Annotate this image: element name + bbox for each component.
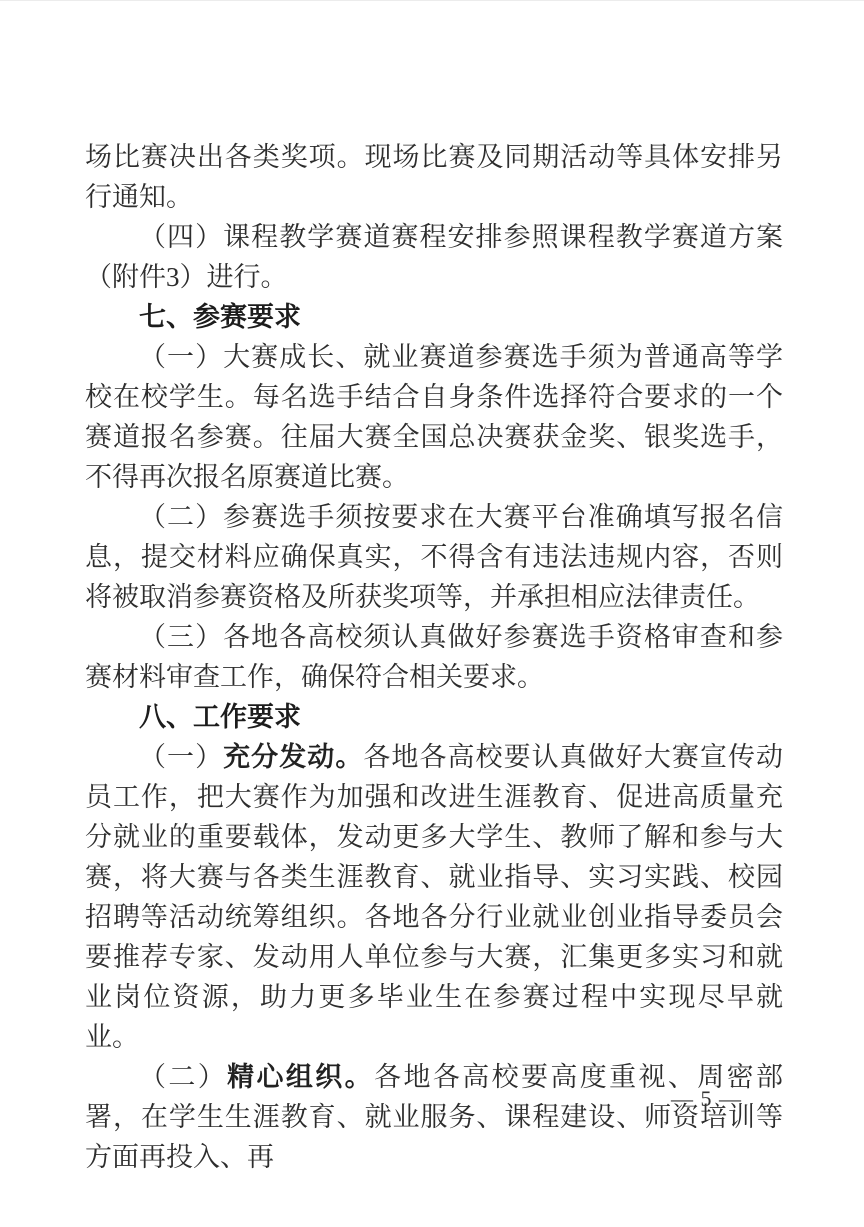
item-body-text: 各地各高校要认真做好大赛宣传动员工作，把大赛作为加强和改进生涯教育、促进高质量充… — [85, 742, 783, 1052]
paragraph-continuation: 场比赛决出各类奖项。现场比赛及同期活动等具体安排另行通知。 — [85, 137, 783, 217]
paragraph-seven-item-one: （一）大赛成长、就业赛道参赛选手须为普通高等学校在校学生。每名选手结合自身条件选… — [85, 337, 783, 497]
document-body: 场比赛决出各类奖项。现场比赛及同期活动等具体安排另行通知。 （四）课程教学赛道赛… — [85, 137, 783, 1177]
paragraph-item-four: （四）课程教学赛道赛程安排参照课程教学赛道方案（附件3）进行。 — [85, 217, 783, 297]
paragraph-eight-item-two: （二）精心组织。各地各高校要高度重视、周密部署，在学生生涯教育、就业服务、课程建… — [85, 1057, 783, 1177]
item-number-label: （一） — [139, 742, 223, 772]
paragraph-eight-item-one: （一）充分发动。各地各高校要认真做好大赛宣传动员工作，把大赛作为加强和改进生涯教… — [85, 737, 783, 1057]
document-page: 场比赛决出各类奖项。现场比赛及同期活动等具体安排另行通知。 （四）课程教学赛道赛… — [0, 0, 864, 1227]
section-heading-seven: 七、参赛要求 — [85, 297, 783, 337]
section-heading-eight: 八、工作要求 — [85, 697, 783, 737]
item-lead-phrase: 充分发动。 — [223, 742, 363, 772]
paragraph-seven-item-two: （二）参赛选手须按要求在大赛平台准确填写报名信息，提交材料应确保真实，不得含有违… — [85, 497, 783, 617]
item-number-label: （二） — [139, 1062, 227, 1092]
page-number: — 5 — — [671, 1085, 742, 1113]
item-lead-phrase: 精心组织。 — [227, 1062, 374, 1092]
paragraph-seven-item-three: （三）各地各高校须认真做好参赛选手资格审查和参赛材料审查工作，确保符合相关要求。 — [85, 617, 783, 697]
